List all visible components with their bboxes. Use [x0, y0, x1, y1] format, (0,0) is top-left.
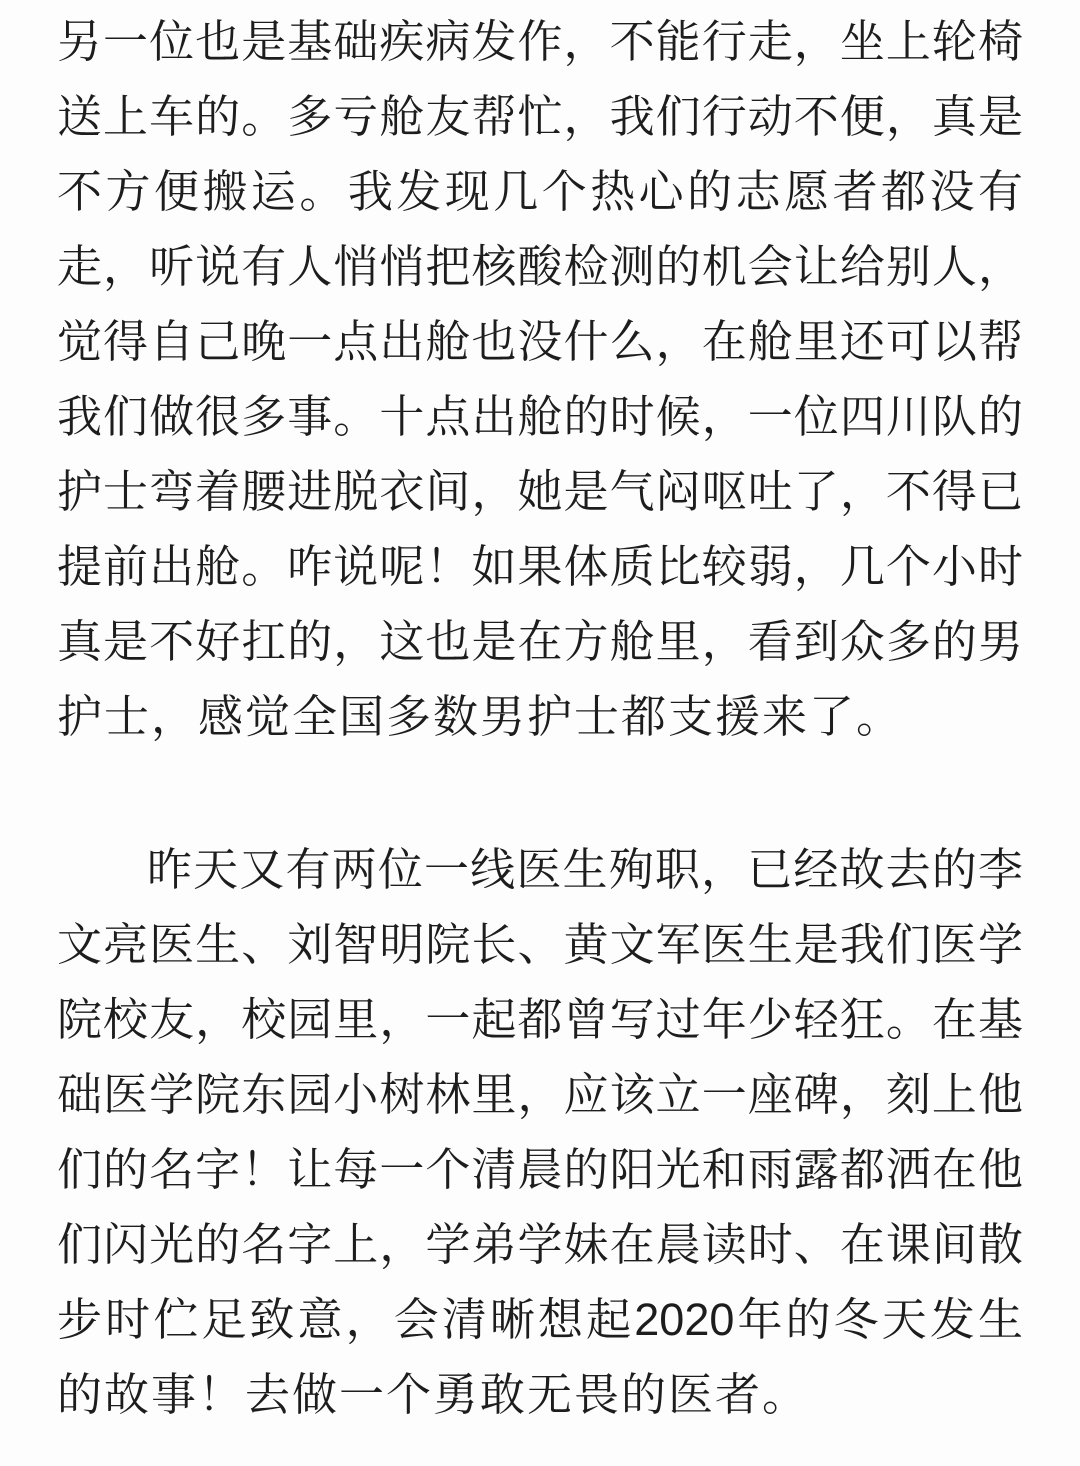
text-line: 提前出舱。咋说呢！如果体质比较弱，几个小时 — [57, 529, 1023, 604]
text-line: 走，听说有人悄悄把核酸检测的机会让给别人， — [57, 229, 1023, 304]
paragraph: 另一位也是基础疾病发作，不能行走，坐上轮椅送上车的。多亏舱友帮忙，我们行动不便，… — [57, 4, 1023, 754]
text-line: 我们做很多事。十点出舱的时候，一位四川队的 — [57, 379, 1023, 454]
text-line: 础医学院东园小树林里，应该立一座碑，刻上他 — [57, 1057, 1023, 1132]
text-line: 们闪光的名字上，学弟学妹在晨读时、在课间散 — [57, 1207, 1023, 1282]
text-line: 另一位也是基础疾病发作，不能行走，坐上轮椅 — [57, 4, 1023, 79]
text-line: 文亮医生、刘智明院长、黄文军医生是我们医学 — [57, 907, 1023, 982]
text-line: 不方便搬运。我发现几个热心的志愿者都没有 — [57, 154, 1023, 229]
text-line: 护士弯着腰进脱衣间，她是气闷呕吐了，不得已 — [57, 454, 1023, 529]
text-line: 的故事！去做一个勇敢无畏的医者。 — [57, 1357, 1023, 1432]
paragraph: 昨天又有两位一线医生殉职，已经故去的李文亮医生、刘智明院长、黄文军医生是我们医学… — [57, 832, 1023, 1432]
text-line: 真是不好扛的，这也是在方舱里，看到众多的男 — [57, 604, 1023, 679]
text-line: 院校友，校园里，一起都曾写过年少轻狂。在基 — [57, 982, 1023, 1057]
text-line: 觉得自己晚一点出舱也没什么，在舱里还可以帮 — [57, 304, 1023, 379]
text-line: 送上车的。多亏舱友帮忙，我们行动不便，真是 — [57, 79, 1023, 154]
text-line: 们的名字！让每一个清晨的阳光和雨露都洒在他 — [57, 1132, 1023, 1207]
text-line: 步时伫足致意，会清晰想起2020年的冬天发生 — [57, 1282, 1023, 1357]
article-page: 另一位也是基础疾病发作，不能行走，坐上轮椅送上车的。多亏舱友帮忙，我们行动不便，… — [0, 0, 1080, 1466]
text-line: 护士，感觉全国多数男护士都支援来了。 — [57, 679, 1023, 754]
text-line: 昨天又有两位一线医生殉职，已经故去的李 — [57, 832, 1023, 907]
